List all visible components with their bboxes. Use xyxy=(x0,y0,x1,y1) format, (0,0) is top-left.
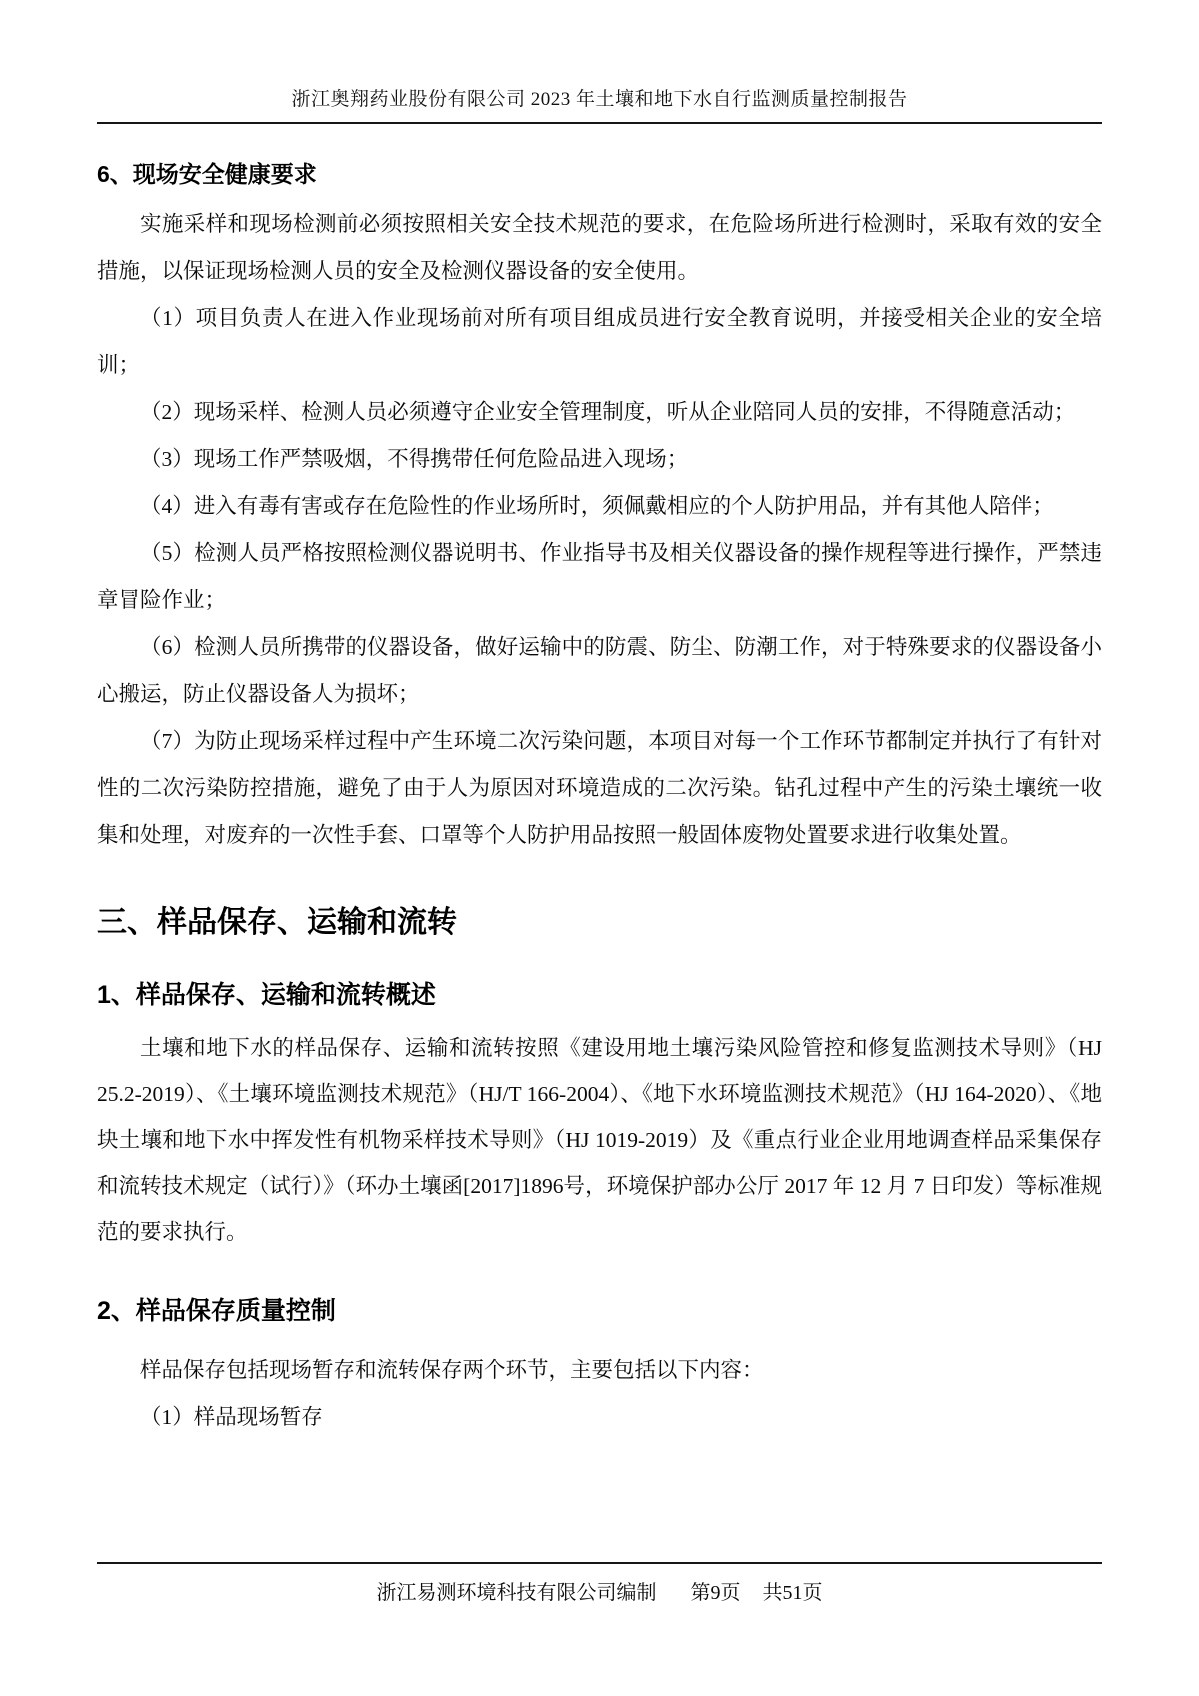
footer-company: 浙江易测环境科技有限公司编制 xyxy=(377,1576,657,1605)
footer-page-number: 第9页 xyxy=(691,1576,741,1605)
list-item-1: （1）项目负责人在进入作业现场前对所有项目组成员进行安全教育说明，并接受相关企业… xyxy=(97,295,1102,389)
list-item-7: （7）为防止现场采样过程中产生环境二次污染问题，本项目对每一个工作环节都制定并执… xyxy=(97,718,1102,859)
document-page: 浙江奥翔药业股份有限公司 2023 年土壤和地下水自行监测质量控制报告 6、现场… xyxy=(0,0,1199,1696)
sub-heading-1: 1、样品保存、运输和流转概述 xyxy=(97,975,1102,1011)
document-body: 6、现场安全健康要求 实施采样和现场检测前必须按照相关安全技术规范的要求，在危险… xyxy=(97,124,1102,1441)
list-item-6: （6）检测人员所携带的仪器设备，做好运输中的防震、防尘、防潮工作，对于特殊要求的… xyxy=(97,624,1102,718)
footer-total-pages: 共51页 xyxy=(763,1576,823,1605)
section-heading-6: 6、现场安全健康要求 xyxy=(97,156,1102,189)
list-item-4: （4）进入有毒有害或存在危险性的作业场所时，须佩戴相应的个人防护用品，并有其他人… xyxy=(97,483,1102,530)
list-item-5: （5）检测人员严格按照检测仪器说明书、作业指导书及相关仪器设备的操作规程等进行操… xyxy=(97,530,1102,624)
paragraph-storage-qc: 样品保存包括现场暂存和流转保存两个环节，主要包括以下内容： xyxy=(97,1347,1102,1394)
sub-heading-2: 2、样品保存质量控制 xyxy=(97,1291,1102,1327)
chapter-heading-3: 三、样品保存、运输和流转 xyxy=(97,897,1102,941)
page-header-title: 浙江奥翔药业股份有限公司 2023 年土壤和地下水自行监测质量控制报告 xyxy=(97,0,1102,124)
paragraph-intro: 实施采样和现场检测前必须按照相关安全技术规范的要求，在危险场所进行检测时，采取有… xyxy=(97,201,1102,295)
page-footer: 浙江易测环境科技有限公司编制 第9页 共51页 xyxy=(97,1562,1102,1605)
list-item-3: （3）现场工作严禁吸烟，不得携带任何危险品进入现场； xyxy=(97,436,1102,483)
paragraph-standards: 土壤和地下水的样品保存、运输和流转按照《建设用地土壤污染风险管控和修复监测技术导… xyxy=(97,1025,1102,1255)
paragraph-onsite-storage: （1）样品现场暂存 xyxy=(97,1394,1102,1441)
list-item-2: （2）现场采样、检测人员必须遵守企业安全管理制度，听从企业陪同人员的安排，不得随… xyxy=(97,389,1102,436)
